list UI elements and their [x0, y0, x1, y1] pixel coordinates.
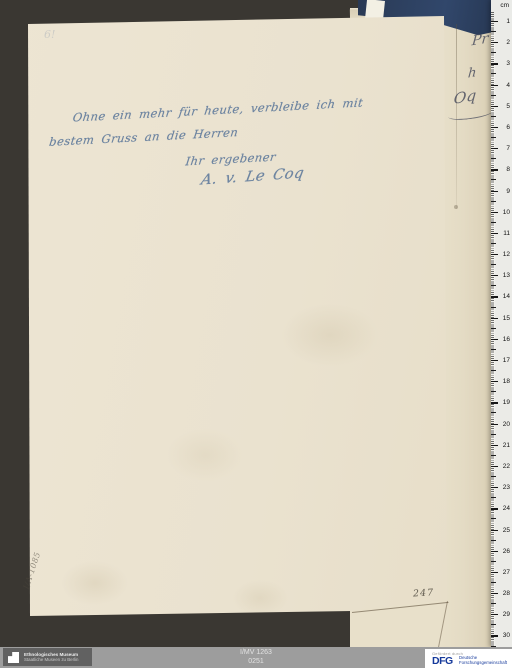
museum-name-line2: Staatliche Museen zu Berlin	[24, 657, 78, 662]
funder-box: Gefördert durch DFG Deutsche Forschungsg…	[425, 649, 512, 668]
sheet-number: 0251	[196, 658, 316, 667]
document-photo: Pr h Oq 6! Ohne ein mehr für heute, verb…	[0, 0, 512, 647]
behind-page-handwriting-fragment: Pr	[471, 31, 489, 50]
museum-label-box: Ethnologisches Museum Staatliche Museen …	[3, 648, 92, 666]
dfg-logo: DFG	[432, 655, 453, 667]
ruler-cm-mark: 30	[491, 635, 512, 647]
behind-page-handwriting-fragment: h	[467, 65, 477, 81]
museum-name: Ethnologisches Museum Staatliche Museen …	[24, 652, 78, 663]
ruler: cm 1234567891011121314151617181920212223…	[491, 0, 512, 647]
ruler-lead-ticks	[491, 12, 494, 21]
funder-name-line2: Forschungsgemeinschaft	[459, 661, 507, 666]
archival-scan-frame: Pr h Oq 6! Ohne ein mehr für heute, verb…	[0, 0, 512, 668]
behind-page-mark	[454, 205, 458, 209]
museum-logo-icon	[8, 652, 19, 663]
funder-name: Deutsche Forschungsgemeinschaft	[459, 656, 507, 666]
footer-bar: Ethnologisches Museum Staatliche Museen …	[0, 647, 512, 668]
reference-number: I/MV 1263	[196, 649, 316, 658]
faint-corner-annotation: 6!	[44, 28, 55, 41]
pencil-page-number: 247	[413, 587, 435, 599]
reference-block: I/MV 1263 0251	[196, 649, 316, 666]
ruler-unit-label: cm	[500, 2, 509, 9]
letter-page	[0, 0, 512, 647]
